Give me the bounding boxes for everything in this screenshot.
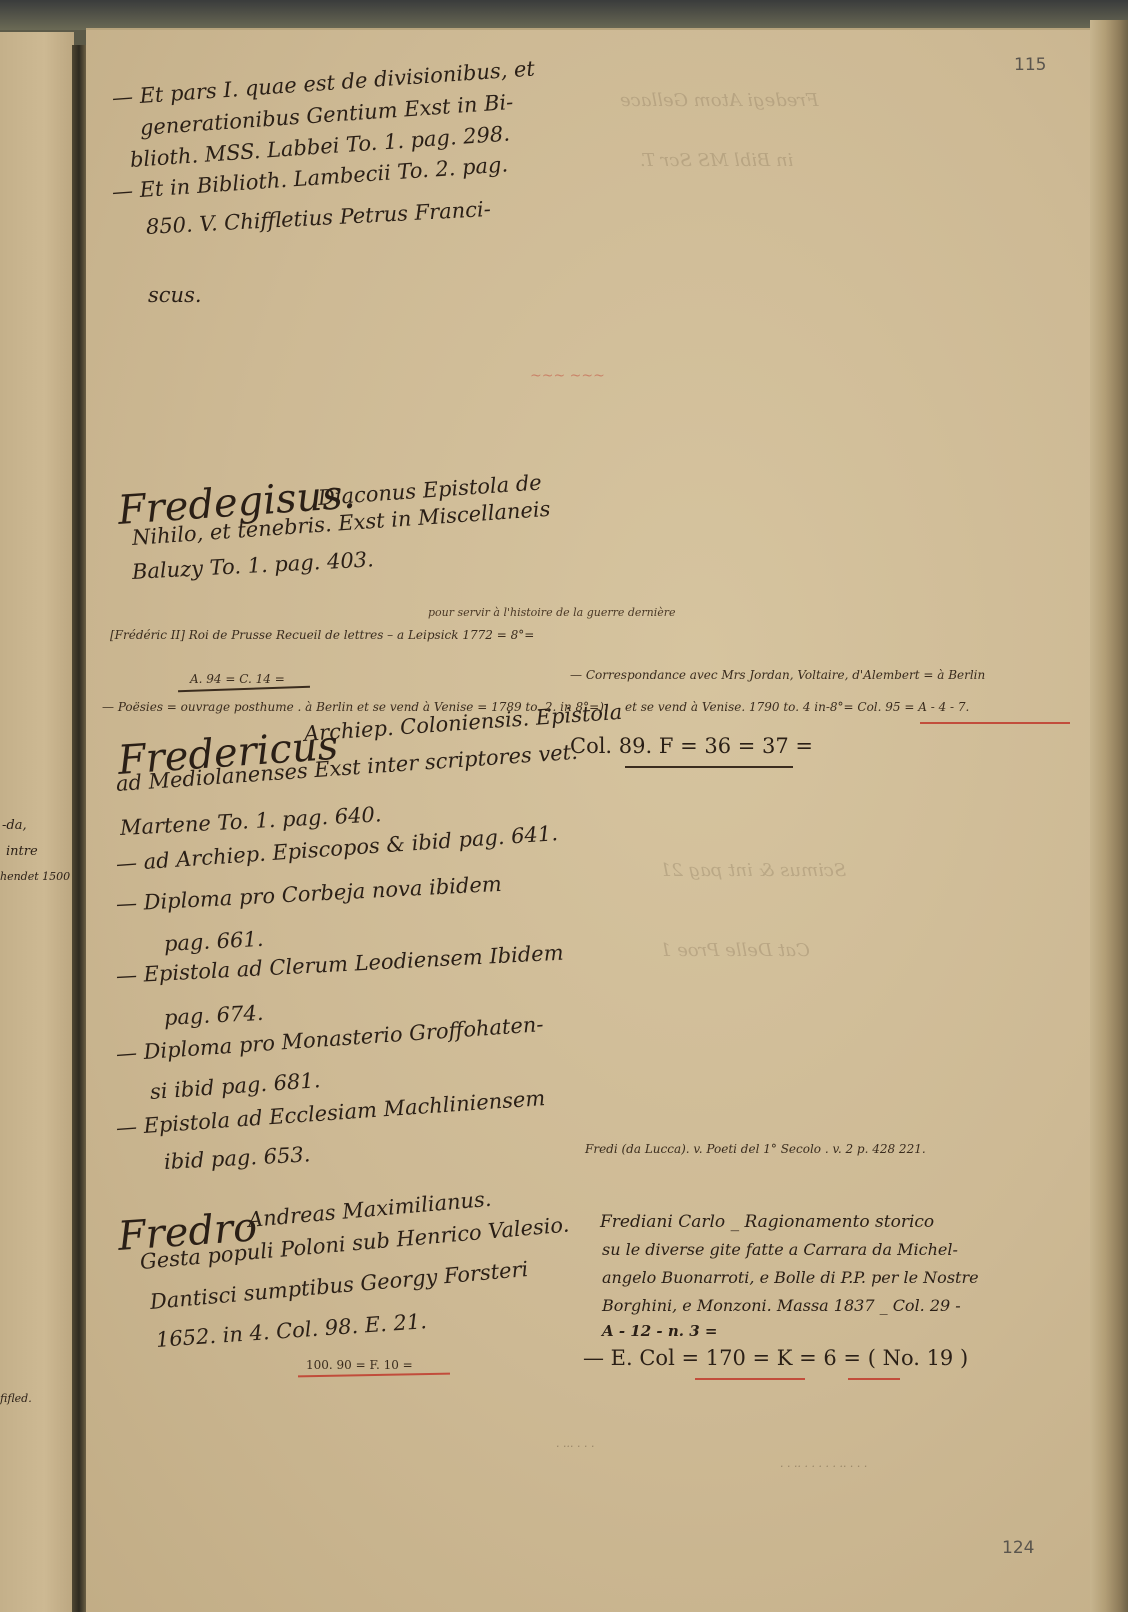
bleed-through-text: Cat Delle Proe 1: [660, 940, 810, 961]
page-number: 124: [1002, 1538, 1034, 1558]
red-underline: [920, 722, 1070, 724]
book-gutter: [72, 45, 86, 1612]
entry-line: Frediani Carlo _ Ragionamento storico: [600, 1212, 934, 1232]
left-fragment: intre: [6, 844, 38, 859]
bleed-through-text: Scimus & int pag 21: [660, 860, 846, 881]
left-fragment: hendet 1500: [0, 870, 70, 883]
book-top-shadow: [0, 0, 1128, 30]
faint-marks: · ··· · · ·: [556, 1440, 594, 1453]
faint-marks: · · ·· · · · · · ·· · · ·: [780, 1460, 867, 1473]
red-underline: [695, 1378, 805, 1380]
bleed-through-text: in Bibl MS Scr T.: [640, 150, 793, 171]
left-fragment: fifled.: [0, 1392, 32, 1405]
shelfmark: — E. Col = 170 = K = 6 = ( No. 19 ): [583, 1346, 968, 1370]
bleed-through-text: Fredegi Atom Gellace: [620, 90, 818, 111]
entry-line: et se vend à Venise. 1790 to. 4 in-8°= C…: [625, 700, 969, 714]
shelfmark: 100. 90 = F. 10 =: [306, 1358, 413, 1372]
col-reference: Col. 89. F = 36 = 37 =: [570, 734, 813, 758]
entry-line: scus.: [148, 283, 202, 307]
page-edge: [1090, 20, 1128, 1612]
entry-line: — Correspondance avec Mrs Jordan, Voltai…: [570, 668, 985, 682]
entry-line: Fredi (da Lucca). v. Poeti del 1° Secolo…: [585, 1142, 926, 1156]
red-underline: [848, 1378, 900, 1380]
annotation: pour servir à l'histoire de la guerre de…: [428, 606, 676, 619]
folio-number: 115: [1014, 55, 1046, 75]
faded-red-stamp: ~~~ ~~~: [530, 368, 605, 384]
underline: [625, 766, 793, 768]
entry-line: [Frédéric II] Roi de Prusse Recueil de l…: [110, 628, 534, 642]
left-fragment: -da,: [2, 818, 27, 833]
entry-line: su le diverse gite fatte a Carrara da Mi…: [602, 1240, 958, 1259]
entry-line: Borghini, e Monzoni. Massa 1837 _ Col. 2…: [602, 1296, 961, 1315]
shelfmark: A. 94 = C. 14 =: [190, 672, 285, 686]
entry-line: angelo Buonarroti, e Bolle di P.P. per l…: [602, 1268, 979, 1287]
entry-line: A - 12 - n. 3 =: [602, 1322, 717, 1340]
